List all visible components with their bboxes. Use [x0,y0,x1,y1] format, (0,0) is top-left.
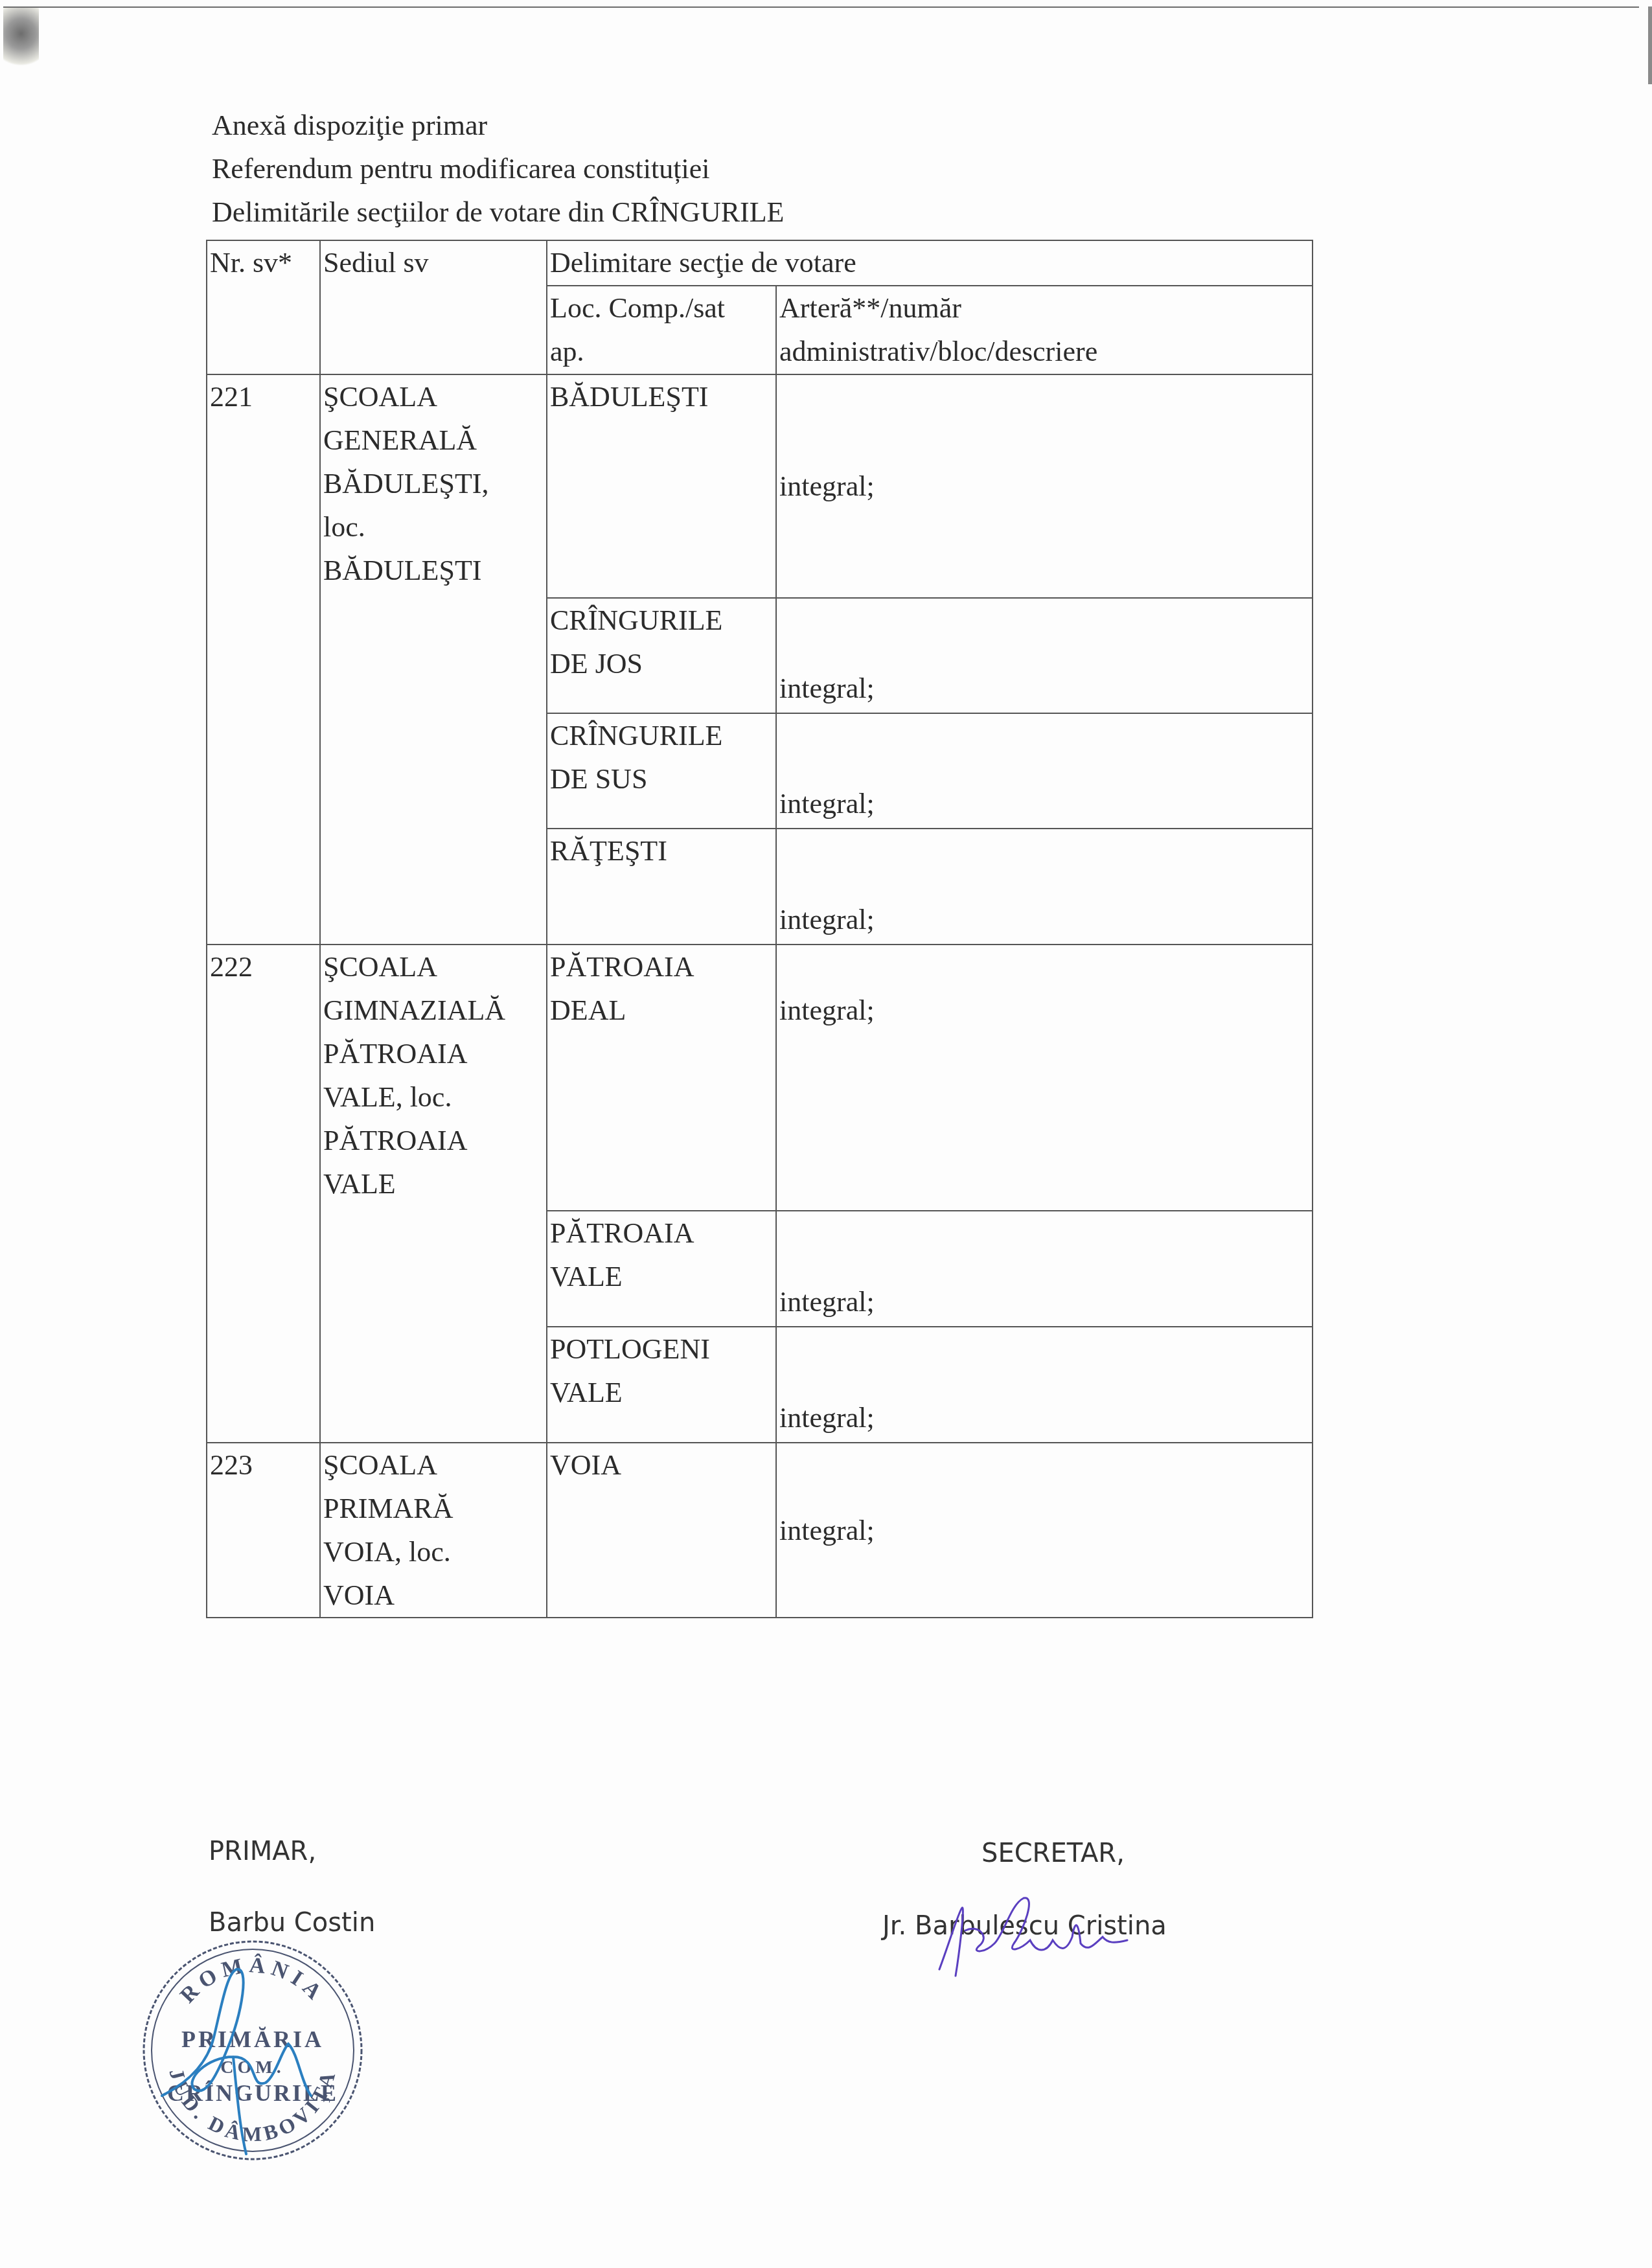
section-seat: ŞCOALA GENERALĂ BĂDULEŞTI, loc. BĂDULEŞT… [320,374,547,945]
heading-line-annex: Anexă dispoziţie primar [212,104,784,147]
table-row: 222 ŞCOALA GIMNAZIALĂ PĂTROAIA VALE, loc… [207,945,1313,1211]
locality-cell: RĂŢEŞTI [547,829,776,945]
artery-cell: integral; [776,1211,1313,1327]
artery-text: integral; [779,945,1312,1032]
secretar-title: SECRETAR, [981,1838,1125,1868]
locality-cell: BĂDULEŞTI [547,374,776,598]
artery-cell: integral; [776,598,1313,713]
table-header-row: Nr. sv* Sediul sv Delimitare secţie de v… [207,240,1313,286]
primar-title: PRIMAR, [209,1837,316,1866]
official-stamp: ROMÂNIA PRIMĂRIA COM. CRÎNGURILE JUD. DÂ… [136,1934,369,2167]
header-delimitare: Delimitare secţie de votare [547,240,1313,286]
section-seat: ŞCOALA GIMNAZIALĂ PĂTROAIA VALE, loc. PĂ… [320,945,547,1443]
artery-cell: integral; [776,374,1313,598]
scan-artifact-left [3,8,39,73]
scan-border-top [3,6,1639,8]
artery-cell: integral; [776,945,1313,1211]
section-seat: ŞCOALA PRIMARĂ VOIA, loc. VOIA [320,1443,547,1618]
heading-line-delimitation: Delimitările secţiilor de votare din CRÎ… [212,190,784,234]
stamp-line-1: PRIMĂRIA [181,2026,324,2052]
table-row: 223 ŞCOALA PRIMARĂ VOIA, loc. VOIA VOIA … [207,1443,1313,1618]
table-row: 221 ŞCOALA GENERALĂ BĂDULEŞTI, loc. BĂDU… [207,374,1313,598]
artery-cell: integral; [776,713,1313,829]
locality-cell: PĂTROAIA DEAL [547,945,776,1211]
header-artera: Arteră**/număr administrativ/bloc/descri… [776,286,1313,374]
locality-cell: CRÎNGURILE DE SUS [547,713,776,829]
artery-cell: integral; [776,1327,1313,1443]
heading-line-referendum: Referendum pentru modificarea constituți… [212,147,784,190]
header-nr: Nr. sv* [207,240,320,374]
locality-cell: CRÎNGURILE DE JOS [547,598,776,713]
header-localitate: Loc. Comp./sat ap. [547,286,776,374]
section-number: 223 [207,1443,320,1618]
section-number: 222 [207,945,320,1443]
locality-cell: POTLOGENI VALE [547,1327,776,1443]
header-sediu: Sediul sv [320,240,547,374]
document-heading: Anexă dispoziţie primar Referendum pentr… [212,104,784,234]
scan-border-right [1648,6,1652,84]
stamp-top-text: ROMÂNIA [176,1953,330,2008]
voting-sections-table: Nr. sv* Sediul sv Delimitare secţie de v… [206,240,1313,1618]
artery-cell: integral; [776,1443,1313,1618]
secretar-signature [933,1892,1153,1982]
locality-cell: PĂTROAIA VALE [547,1211,776,1327]
locality-cell: VOIA [547,1443,776,1618]
section-number: 221 [207,374,320,945]
artery-cell: integral; [776,829,1313,945]
